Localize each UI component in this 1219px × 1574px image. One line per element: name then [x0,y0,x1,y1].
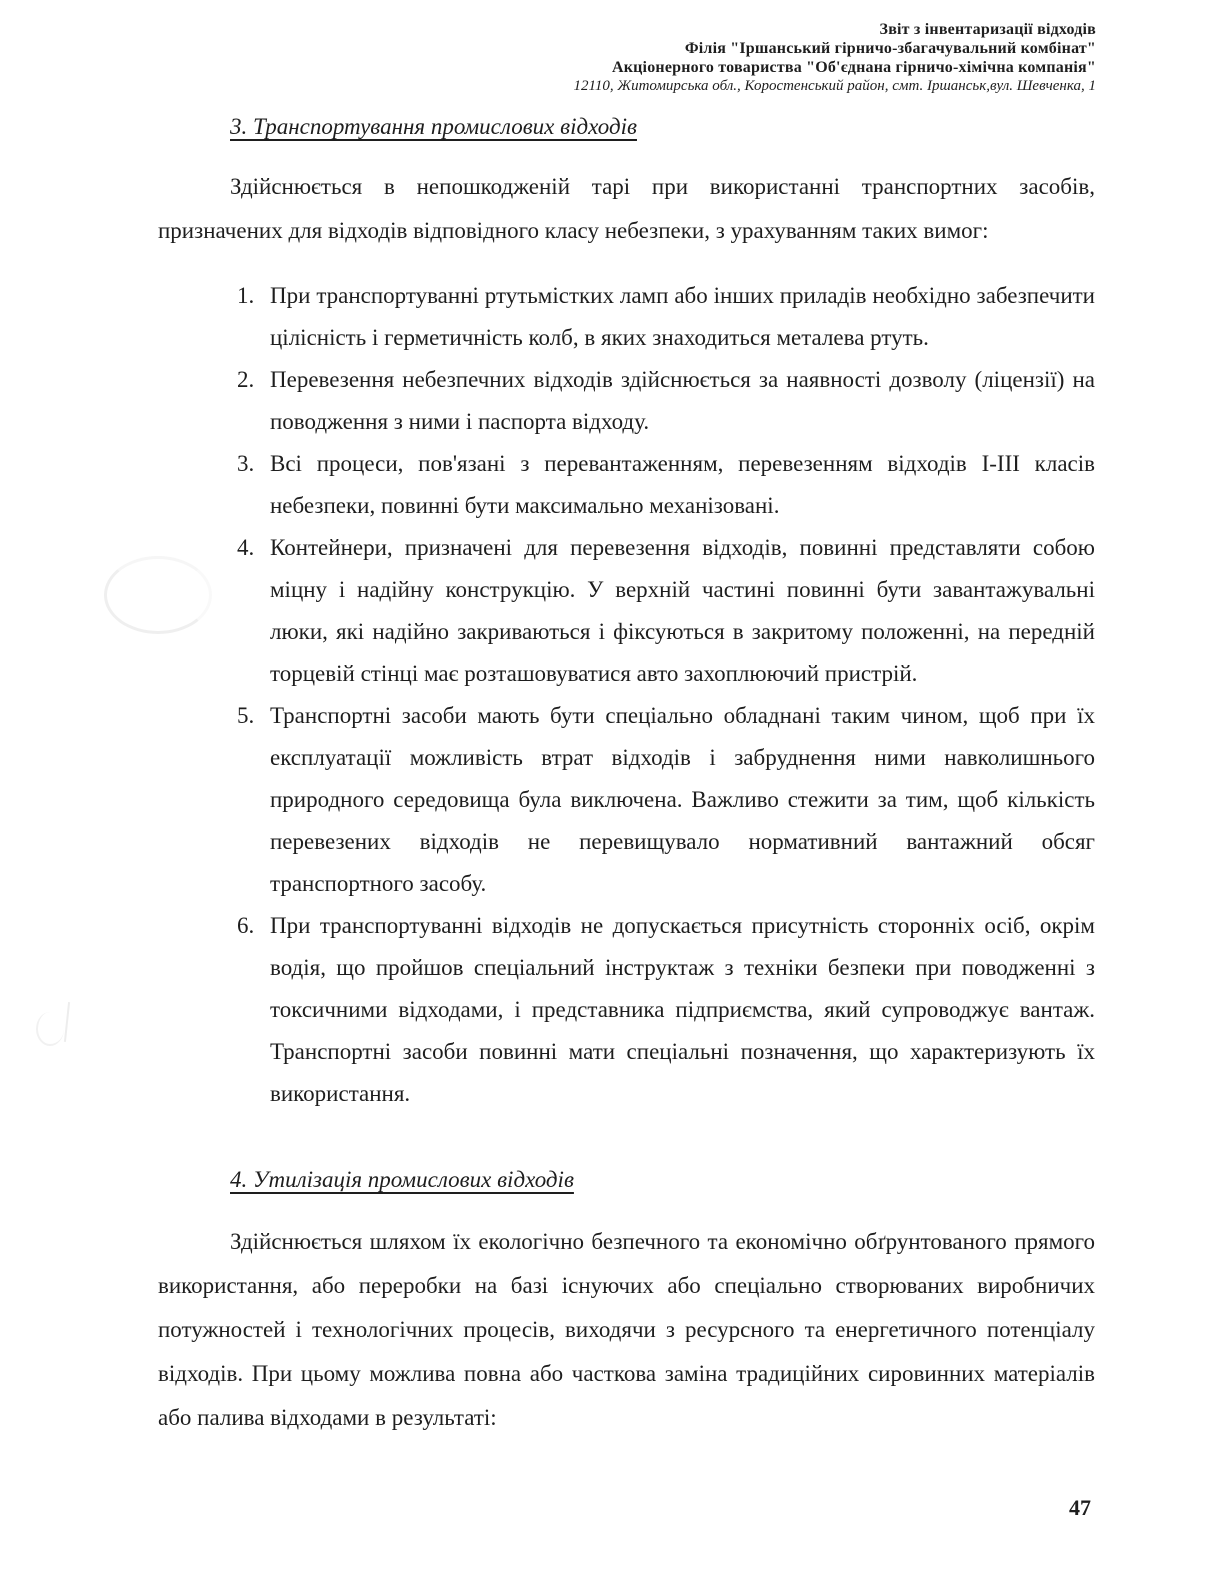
list-item-text: Контейнери, призначені для перевезення в… [270,527,1095,695]
list-item-number: 3. [158,443,270,527]
section-4-heading: 4. Утилізація промислових відходів [230,1165,1095,1194]
list-item-text: Всі процеси, пов'язані з перевантаженням… [270,443,1095,527]
scan-artifact-arc [36,1012,64,1046]
document-body: 3. Транспортування промислових відходів … [158,0,1095,1440]
list-item-text: Транспортні засоби мають бути спеціально… [270,695,1095,905]
document-page: Звіт з інвентаризації відходів Філія "Ір… [0,0,1219,1574]
list-item-number: 6. [158,905,270,1115]
list-item-number: 2. [158,359,270,443]
list-item: 2. Перевезення небезпечних відходів здій… [158,359,1095,443]
list-item: 3. Всі процеси, пов'язані з перевантажен… [158,443,1095,527]
list-item-text: При транспортуванні відходів не допускає… [270,905,1095,1115]
list-item: 1. При транспортуванні ртутьмістких ламп… [158,275,1095,359]
section-4-intro-paragraph: Здійснюється шляхом їх екологічно безпеч… [158,1220,1095,1440]
list-item-number: 5. [158,695,270,905]
list-item: 6. При транспортуванні відходів не допус… [158,905,1095,1115]
list-item-text: Перевезення небезпечних відходів здійсню… [270,359,1095,443]
list-item-text: При транспортуванні ртутьмістких ламп аб… [270,275,1095,359]
section-3-numbered-list: 1. При транспортуванні ртутьмістких ламп… [158,275,1095,1115]
scan-artifact-bar [64,1002,70,1042]
section-3-heading: 3. Транспортування промислових відходів [230,112,1095,141]
list-item-number: 1. [158,275,270,359]
list-item: 4. Контейнери, призначені для перевезенн… [158,527,1095,695]
list-item: 5. Транспортні засоби мають бути спеціал… [158,695,1095,905]
page-number: 47 [1069,1495,1091,1521]
section-3-intro-paragraph: Здійснюється в непошкодженій тарі при ви… [158,165,1095,253]
list-item-number: 4. [158,527,270,695]
